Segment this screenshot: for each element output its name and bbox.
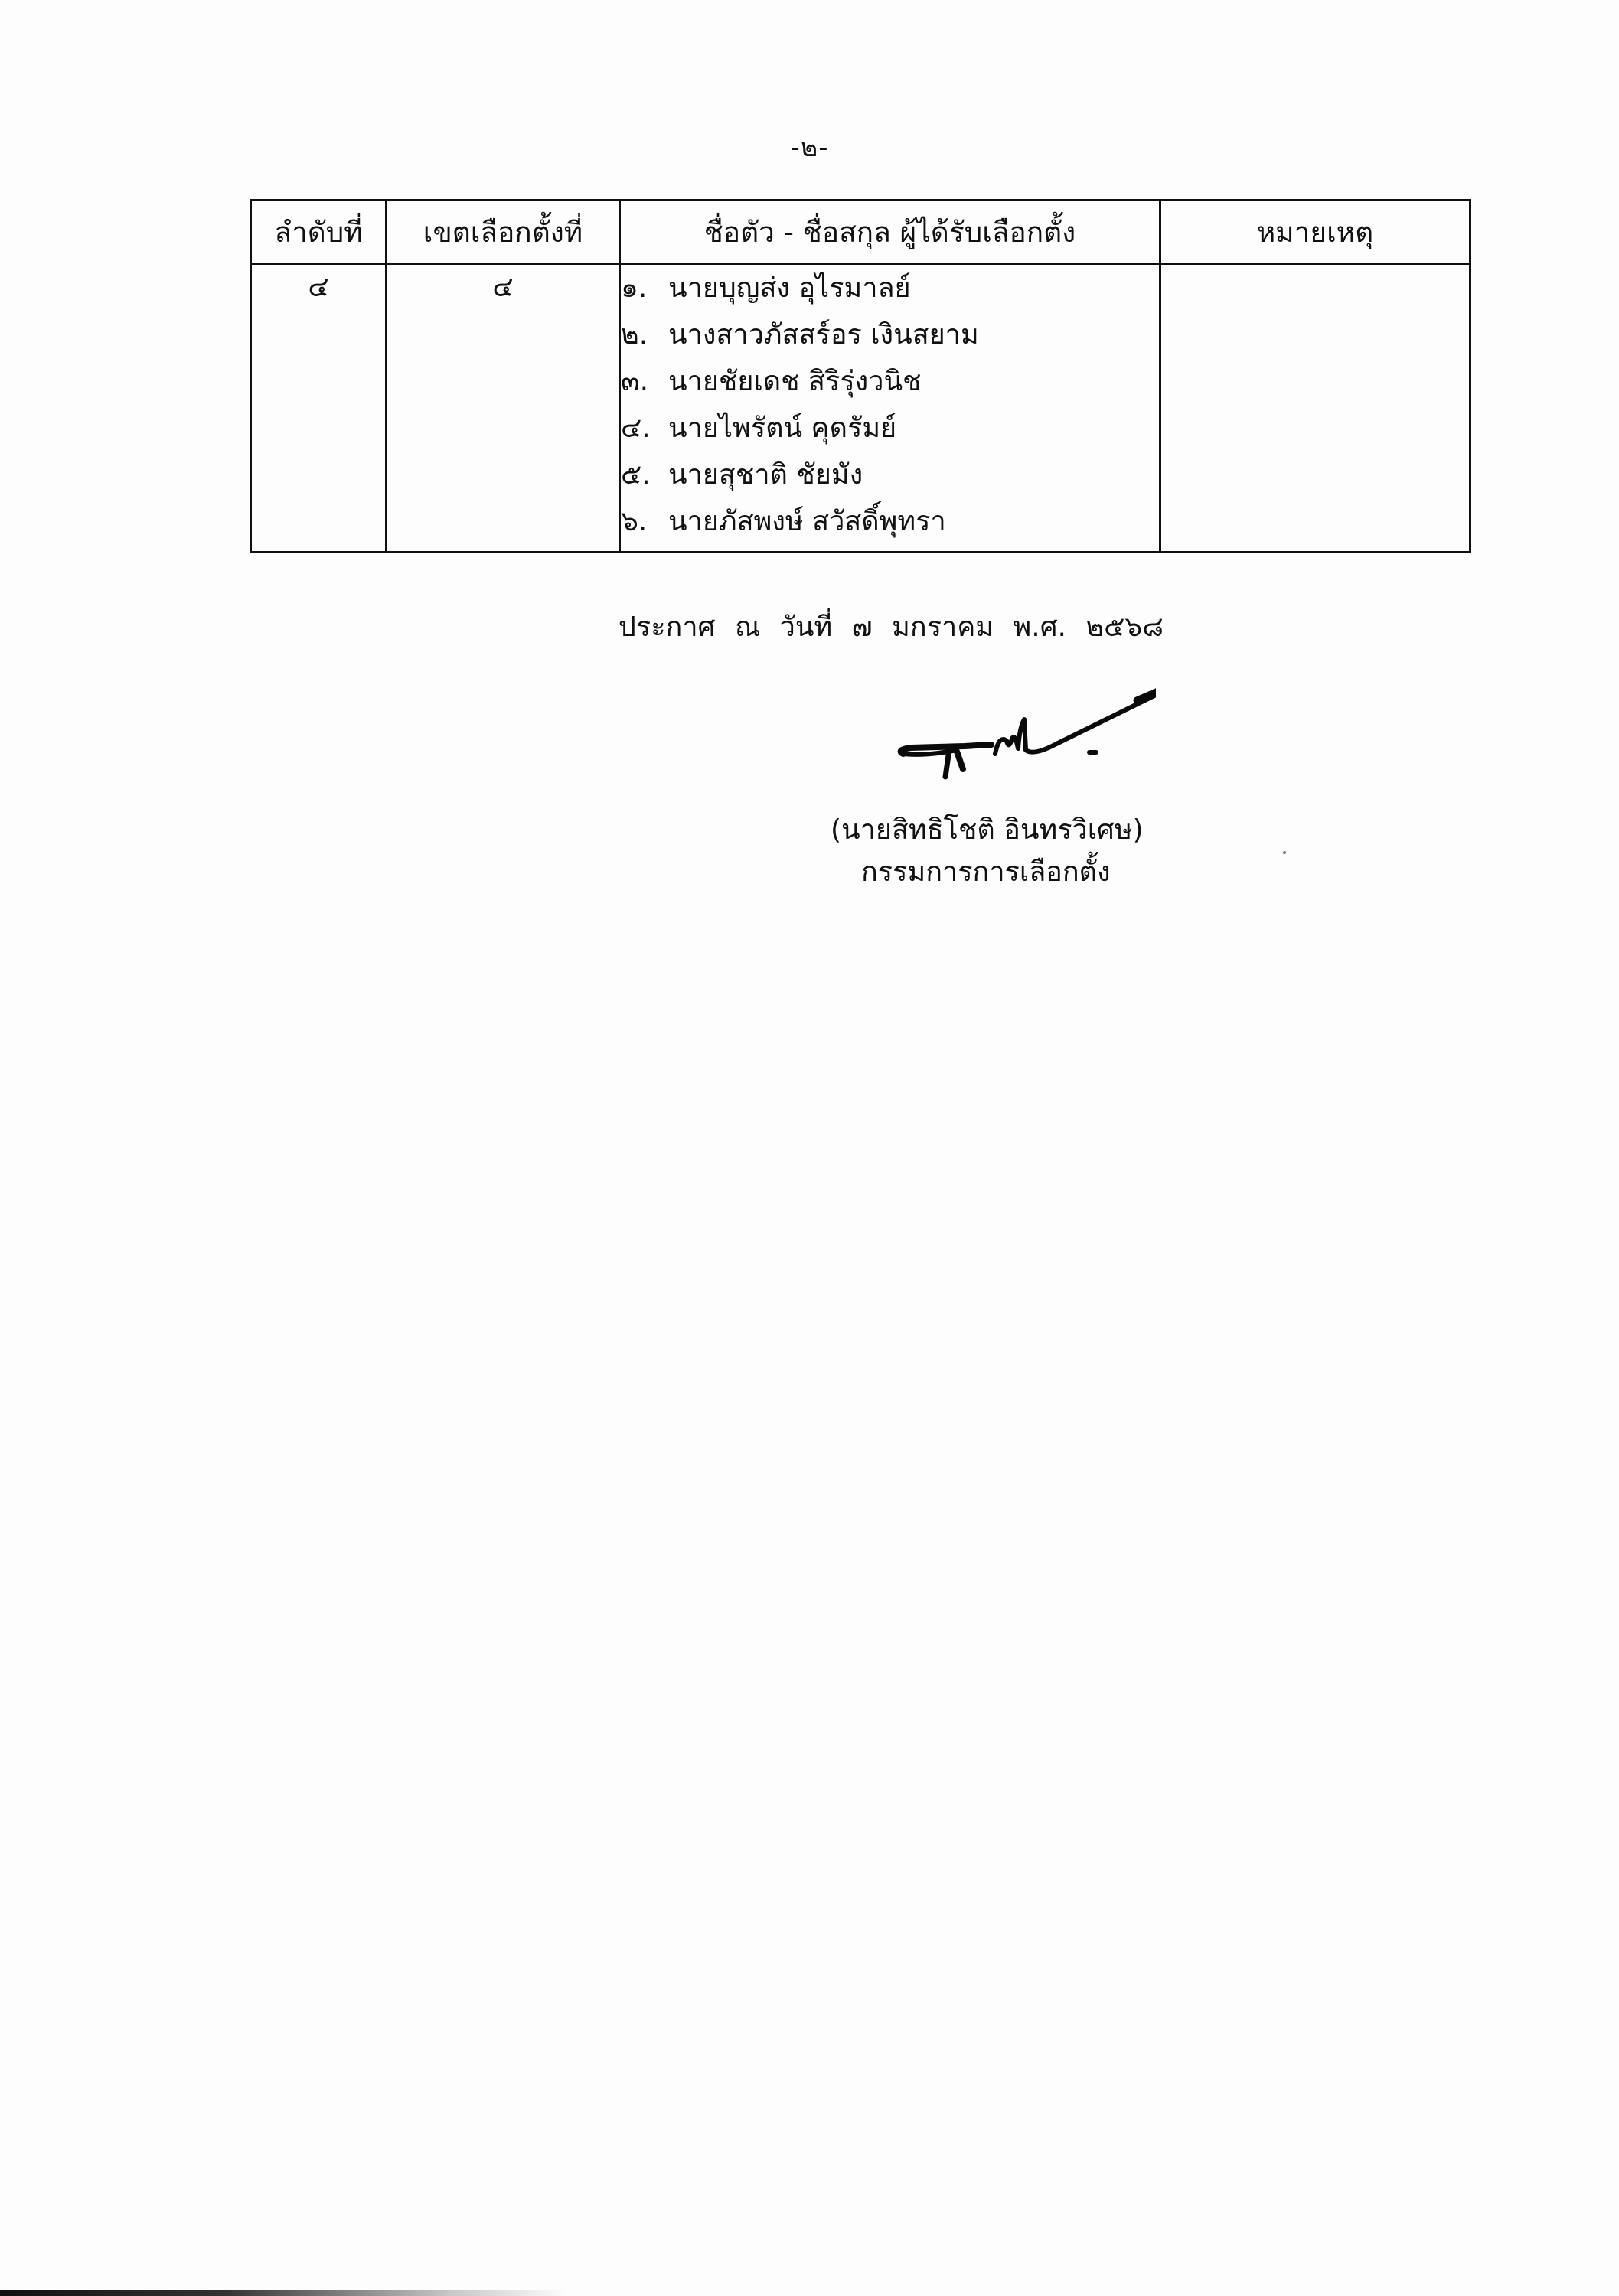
item-number: ๓. xyxy=(621,358,668,405)
item-name: นายชัยเดช สิริรุ่งวนิช xyxy=(668,366,922,397)
announcement-date: ประกาศ ณ วันที่ ๗ มกราคม พ.ศ. ๒๕๖๘ xyxy=(619,605,1164,648)
elected-name-item: ๖.นายภัสพงษ์ สวัสดิ์พุทรา xyxy=(621,498,1159,545)
signer-name: (นายสิทธิโชติ อินทรวิเศษ) xyxy=(831,807,1144,851)
page-number: -๒- xyxy=(0,126,1619,168)
item-number: ๑. xyxy=(621,265,668,311)
header-district: เขตเลือกตั้งที่ xyxy=(387,201,620,264)
item-number: ๖. xyxy=(621,498,668,545)
cell-elected-names: ๑.นายบุญส่ง อุไรมาลย์ ๒.นางสาวภัสสร์อร เ… xyxy=(620,264,1160,553)
signature-icon xyxy=(880,673,1156,781)
item-number: ๒. xyxy=(621,311,668,358)
item-number: ๔. xyxy=(621,405,668,452)
table-header-row: ลำดับที่ เขตเลือกตั้งที่ ชื่อตัว - ชื่อส… xyxy=(251,201,1470,264)
item-name: นายไพรัตน์ คุดรัมย์ xyxy=(668,413,896,444)
item-number: ๕. xyxy=(621,452,668,498)
elected-name-item: ๒.นางสาวภัสสร์อร เงินสยาม xyxy=(621,311,1159,358)
header-elected-names: ชื่อตัว - ชื่อสกุล ผู้ได้รับเลือกตั้ง xyxy=(620,201,1160,264)
table-row: ๔ ๔ ๑.นายบุญส่ง อุไรมาลย์ ๒.นางสาวภัสสร์… xyxy=(251,264,1470,553)
elected-name-item: ๕.นายสุชาติ ชัยมัง xyxy=(621,452,1159,498)
item-name: นางสาวภัสสร์อร เงินสยาม xyxy=(668,319,979,351)
elected-name-item: ๓.นายชัยเดช สิริรุ่งวนิช xyxy=(621,358,1159,405)
item-name: นายภัสพงษ์ สวัสดิ์พุทรา xyxy=(668,506,946,537)
item-name: นายบุญส่ง อุไรมาลย์ xyxy=(668,272,911,304)
signer-title: กรรมการการเลือกตั้ง xyxy=(861,850,1111,893)
elected-members-table: ลำดับที่ เขตเลือกตั้งที่ ชื่อตัว - ชื่อส… xyxy=(250,199,1471,553)
cell-order: ๔ xyxy=(251,264,387,553)
scan-edge-shadow xyxy=(0,2290,566,2296)
cell-district: ๔ xyxy=(387,264,620,553)
item-name: นายสุชาติ ชัยมัง xyxy=(668,459,863,491)
scan-speck xyxy=(1283,851,1286,854)
header-order: ลำดับที่ xyxy=(251,201,387,264)
cell-remarks xyxy=(1160,264,1470,553)
elected-name-item: ๑.นายบุญส่ง อุไรมาลย์ xyxy=(621,265,1159,311)
header-remarks: หมายเหตุ xyxy=(1160,201,1470,264)
elected-name-item: ๔.นายไพรัตน์ คุดรัมย์ xyxy=(621,405,1159,452)
